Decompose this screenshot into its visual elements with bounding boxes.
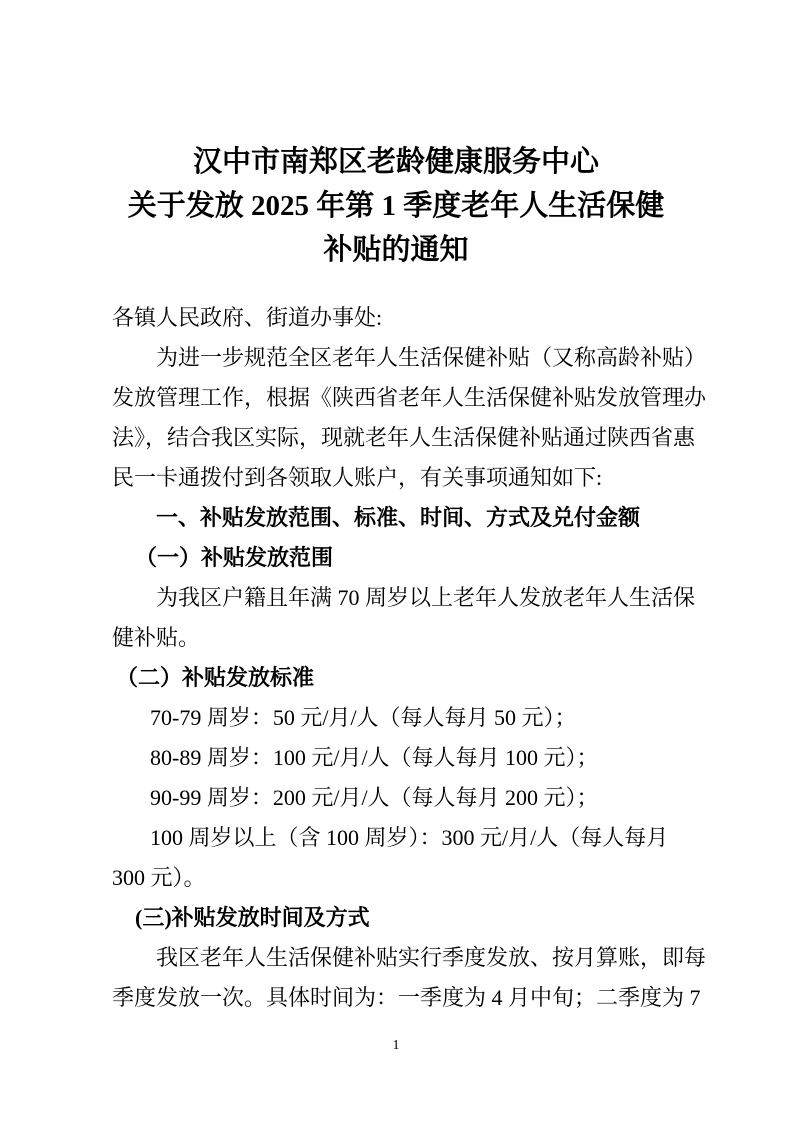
- body-line: 为进一步规范全区老年人生活保健补贴（又称高龄补贴）: [112, 338, 696, 378]
- body-line: 为我区户籍且年满 70 周岁以上老年人发放老年人生活保: [112, 578, 696, 618]
- standard-line-90-99: 90-99 周岁：200 元/月/人（每人每月 200 元）；: [112, 778, 696, 818]
- subsection-2-heading: （二）补贴发放标准: [112, 658, 696, 698]
- salutation-line: 各镇人民政府、街道办事处:: [112, 298, 696, 338]
- title-line-2: 关于发放 2025 年第 1 季度老年人生活保健: [0, 184, 792, 228]
- body-line: 健补贴。: [112, 618, 696, 658]
- subsection-3-heading: (三)补贴发放时间及方式: [112, 898, 696, 938]
- body-line: 300 元）。: [112, 858, 696, 898]
- standard-line-100-plus: 100 周岁以上（含 100 周岁）：300 元/月/人（每人每月: [112, 818, 696, 858]
- title-line-1: 汉中市南郑区老龄健康服务中心: [0, 140, 792, 184]
- body-line: 法》，结合我区实际，现就老年人生活保健补贴通过陕西省惠: [112, 418, 696, 458]
- body-line: 发放管理工作，根据《陕西省老年人生活保健补贴发放管理办: [112, 378, 696, 418]
- page-number: 1: [0, 1036, 792, 1056]
- subsection-1-heading: （一）补贴发放范围: [112, 538, 696, 578]
- section-1-heading: 一、补贴发放范围、标准、时间、方式及兑付金额: [112, 498, 696, 538]
- body-line: 季度发放一次。具体时间为：一季度为 4 月中旬；二季度为 7: [112, 978, 696, 1018]
- document-page: 汉中市南郑区老龄健康服务中心 关于发放 2025 年第 1 季度老年人生活保健 …: [0, 0, 792, 1121]
- body-line: 我区老年人生活保健补贴实行季度发放、按月算账，即每: [112, 938, 696, 978]
- standard-line-70-79: 70-79 周岁：50 元/月/人（每人每月 50 元）；: [112, 698, 696, 738]
- standard-line-80-89: 80-89 周岁：100 元/月/人（每人每月 100 元）；: [112, 738, 696, 778]
- body-line: 民一卡通拨付到各领取人账户，有关事项通知如下:: [112, 458, 696, 498]
- document-body: 各镇人民政府、街道办事处: 为进一步规范全区老年人生活保健补贴（又称高龄补贴） …: [112, 298, 696, 1018]
- title-line-3: 补贴的通知: [0, 228, 792, 272]
- document-title: 汉中市南郑区老龄健康服务中心 关于发放 2025 年第 1 季度老年人生活保健 …: [0, 140, 792, 272]
